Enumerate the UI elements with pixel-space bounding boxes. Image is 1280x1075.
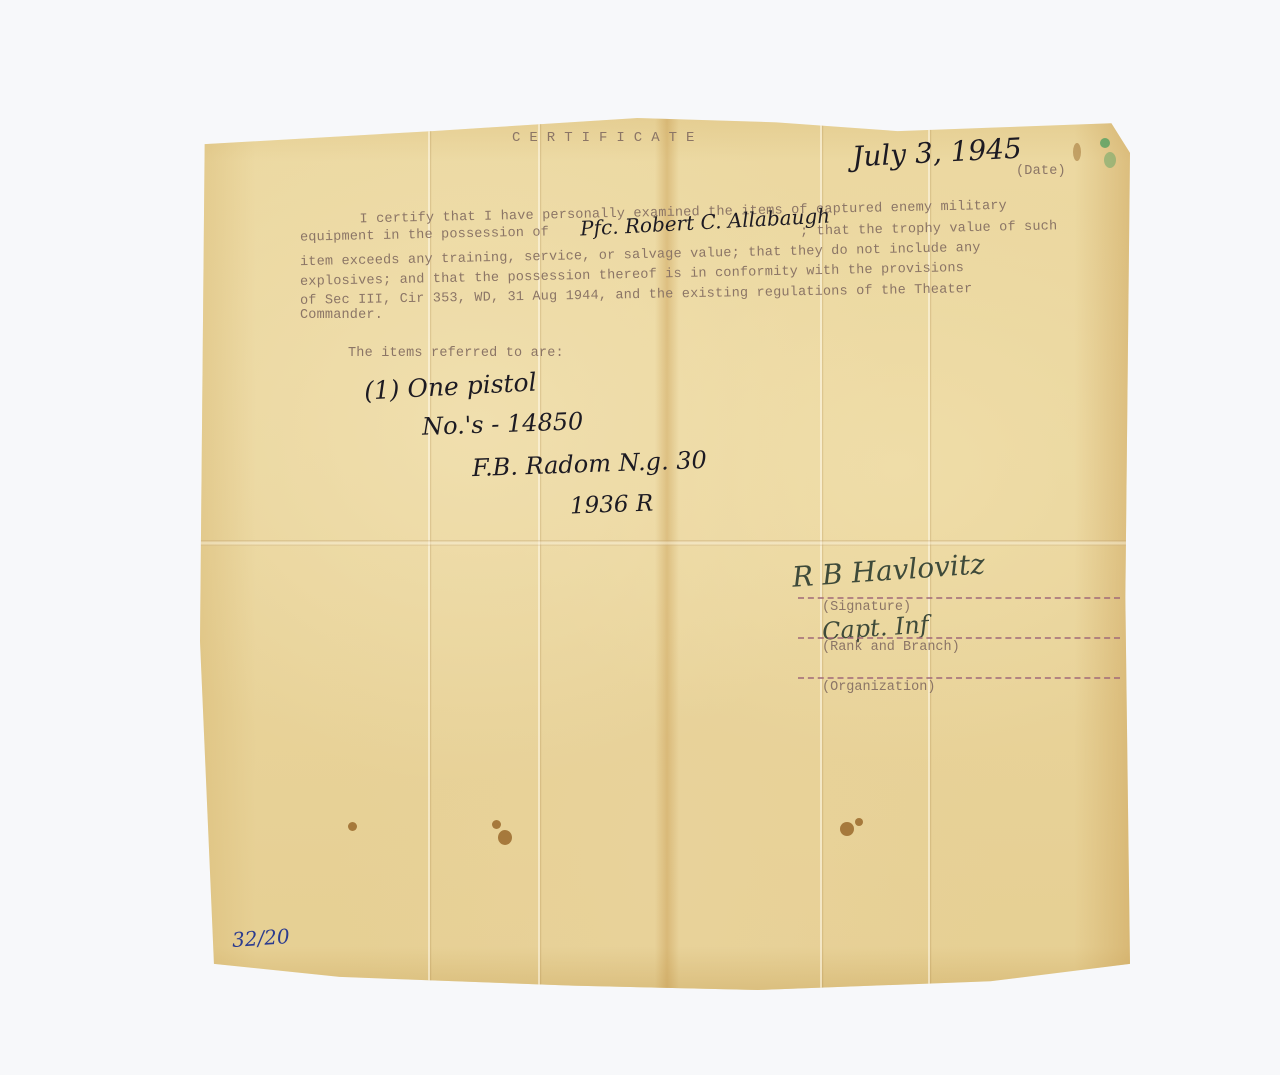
stain-spot	[492, 820, 501, 829]
body-line-2: equipment in the possession of	[300, 225, 549, 245]
stain-spot	[498, 830, 512, 845]
catalog-number: 32/20	[231, 924, 290, 952]
green-ink-spot	[1100, 138, 1110, 148]
fold-line	[538, 118, 540, 990]
fold-line-horizontal	[200, 540, 1130, 546]
fold-line	[428, 118, 430, 990]
stain-spot	[855, 818, 863, 826]
green-ink-spot	[1104, 152, 1116, 168]
stain-spot	[840, 822, 854, 836]
organization-line	[798, 677, 1120, 679]
body-line-6: Commander.	[300, 308, 383, 323]
items-intro: The items referred to are:	[348, 346, 564, 361]
certificate-title: CERTIFICATE	[512, 130, 703, 146]
item-line-4: 1936 R	[570, 491, 654, 520]
stain-spot	[1073, 143, 1081, 161]
date-handwritten: July 3, 1945	[851, 132, 1022, 174]
rank-label: (Rank and Branch)	[822, 640, 960, 655]
item-line-1: (1) One pistol	[363, 368, 537, 406]
item-line-2: No.'s - 14850	[422, 407, 584, 441]
certificate-paper: CERTIFICATE July 3, 1945 (Date) I certif…	[200, 118, 1130, 990]
organization-label: (Organization)	[822, 680, 935, 695]
date-label: (Date)	[1016, 164, 1066, 179]
stain-spot	[348, 822, 357, 831]
signature-line	[798, 597, 1120, 599]
rank-line	[798, 637, 1120, 639]
body-line-2b: ; that the trophy value of such	[800, 219, 1058, 239]
